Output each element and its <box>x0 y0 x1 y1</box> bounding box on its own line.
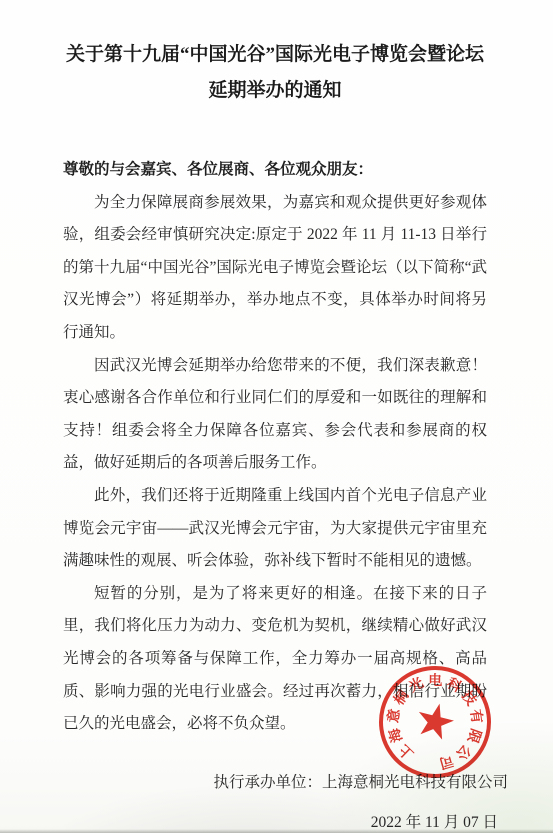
paragraph-apology: 因武汉光博会延期举办给您带来的不便，我们深表歉意！衷心感谢各合作单位和行业同仁们… <box>63 350 487 480</box>
seal-char: 公 <box>452 741 474 763</box>
sign-off-block: 执行承办单位：上海意桐光电科技有限公司 2022 年 11 月 07 日 <box>63 765 508 833</box>
paragraph-decision: 为全力保障展商参展效果，为嘉宾和观众提供更好参观体验，组委会经审慎研究决定:原定… <box>63 187 487 350</box>
paragraph-outlook: 短暂的分别，是为了将来更好的相逢。在接下来的日子里，我们将化压力为动力、变危机为… <box>63 578 487 741</box>
page-edge-shadow <box>0 829 553 833</box>
document-title: 关于第十九届“中国光谷”国际光电子博览会暨论坛 延期举办的通知 <box>41 37 509 109</box>
salutation-line: 尊敬的与会嘉宾、各位展商、各位观众朋友： <box>63 154 487 187</box>
title-line-2: 延期举办的通知 <box>41 73 509 109</box>
seal-char: 上 <box>396 741 417 762</box>
notice-document-page: 关于第十九届“中国光谷”国际光电子博览会暨论坛 延期举办的通知 尊敬的与会嘉宾、… <box>0 0 553 833</box>
paragraph-metaverse: 此外，我们还将于近期隆重上线国内首个光电子信息产业博览会元宇宙——武汉光博会元宇… <box>63 480 487 578</box>
title-line-1: 关于第十九届“中国光谷”国际光电子博览会暨论坛 <box>41 37 509 73</box>
organizer-line: 执行承办单位：上海意桐光电科技有限公司 <box>63 765 508 801</box>
